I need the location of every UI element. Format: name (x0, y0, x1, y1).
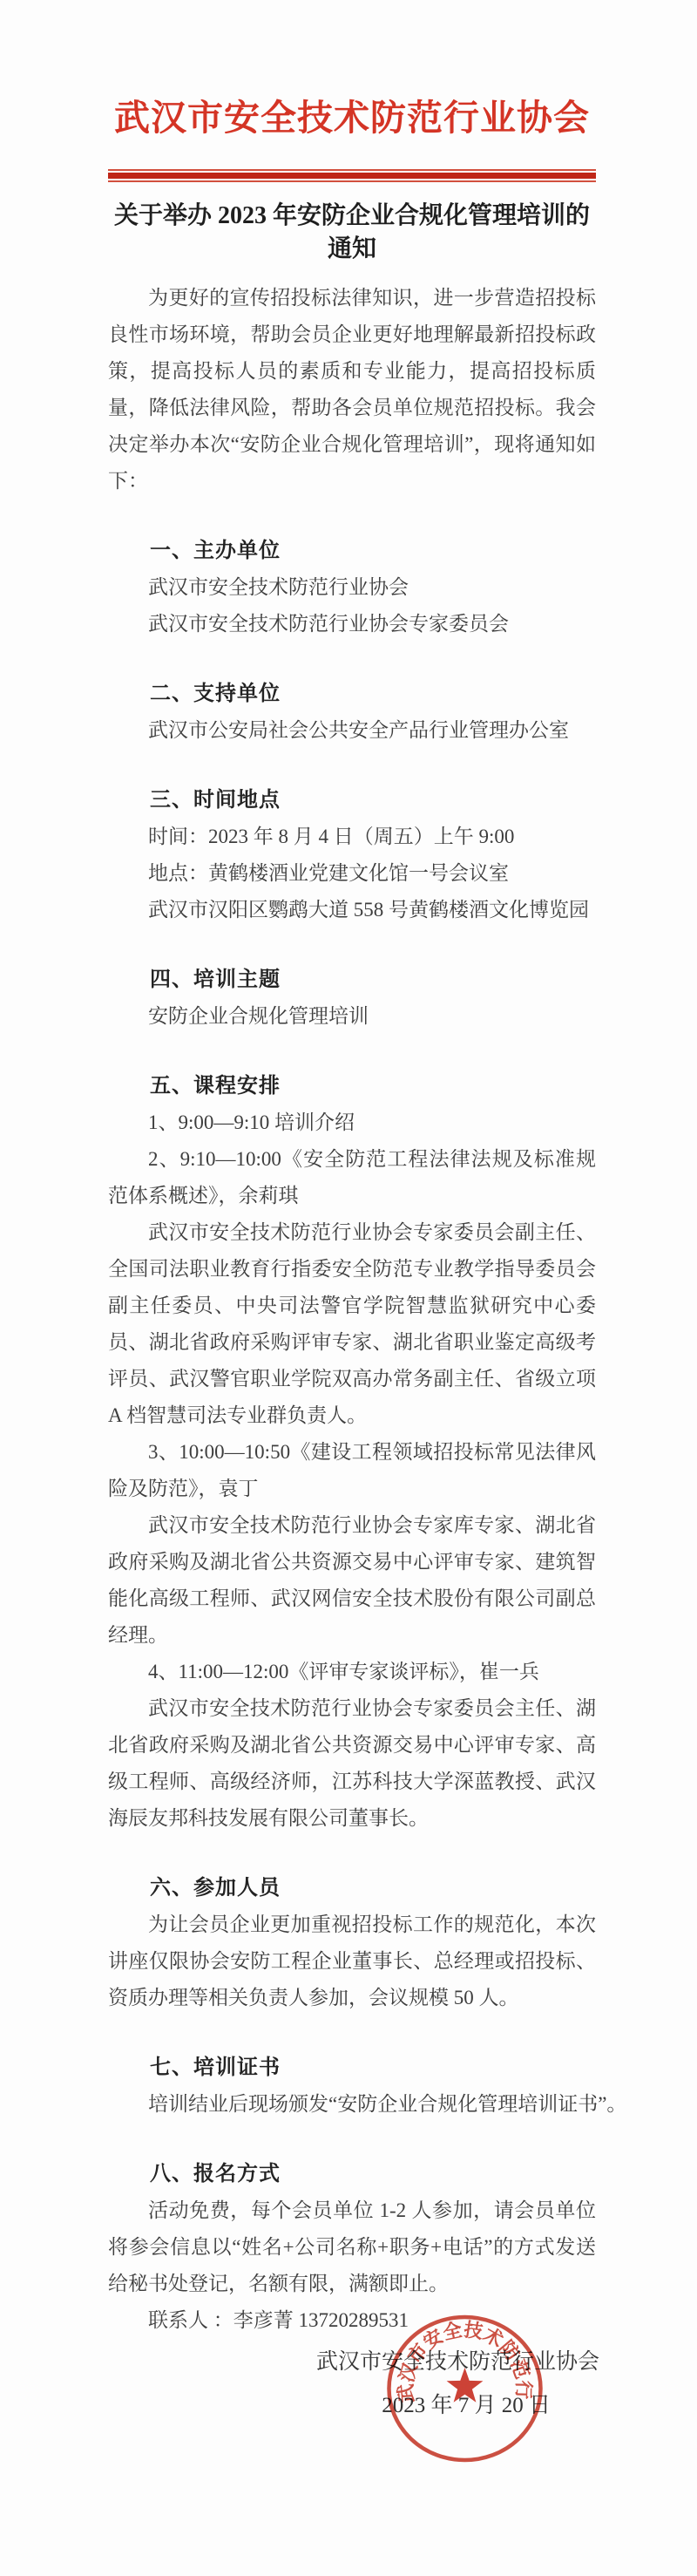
letterhead-divider (108, 169, 596, 182)
section-heading: 四、培训主题 (108, 962, 596, 998)
event-address: 武汉市汉阳区鹦鹉大道 558 号黄鹤楼酒文化博览园 (108, 892, 596, 928)
section-participants: 六、参加人员 为让会员企业更加重视招投标工作的规范化，本次讲座仅限协会安防工程企… (108, 1870, 596, 2016)
event-time: 时间：2023 年 8 月 4 日（周五）上午 9:00 (108, 819, 596, 855)
section-heading: 三、时间地点 (108, 782, 596, 819)
document-title: 关于举办 2023 年安防企业合规化管理培训的通知 (108, 200, 596, 266)
section-paragraph: 武汉市安全技术防范行业协会专家委员会 (108, 606, 596, 642)
section-host-units: 一、主办单位 武汉市安全技术防范行业协会 武汉市安全技术防范行业协会专家委员会 (108, 533, 596, 642)
section-paragraph: 为让会员企业更加重视招投标工作的规范化，本次讲座仅限协会安防工程企业董事长、总经… (108, 1907, 596, 2016)
section-paragraph: 武汉市公安局社会公共安全产品行业管理办公室 (108, 712, 596, 749)
section-time-place: 三、时间地点 时间：2023 年 8 月 4 日（周五）上午 9:00 地点：黄… (108, 782, 596, 928)
section-heading: 五、课程安排 (108, 1068, 596, 1104)
divider-thin-line-bottom (108, 180, 596, 182)
speaker-bio: 武汉市安全技术防范行业协会专家库专家、湖北省政府采购及湖北省公共资源交易中心评审… (108, 1507, 596, 1654)
schedule-item: 1、9:00—9:10 培训介绍 (108, 1104, 596, 1141)
divider-thin-line-top (108, 169, 596, 171)
section-support-units: 二、支持单位 武汉市公安局社会公共安全产品行业管理办公室 (108, 676, 596, 749)
notice-document-page: 武汉市安全技术防范行业协会 关于举办 2023 年安防企业合规化管理培训的通知 … (0, 0, 697, 2576)
speaker-bio: 武汉市安全技术防范行业协会专家委员会副主任、全国司法职业教育行指委安全防范专业教… (108, 1214, 596, 1434)
intro-paragraph: 为更好的宣传招投标法律知识，进一步营造招投标良性市场环境，帮助会员企业更好地理解… (108, 280, 596, 500)
section-training-theme: 四、培训主题 安防企业合规化管理培训 (108, 962, 596, 1035)
section-heading: 一、主办单位 (108, 533, 596, 569)
event-venue: 地点：黄鹤楼酒业党建文化馆一号会议室 (108, 855, 596, 892)
section-paragraph: 安防企业合规化管理培训 (108, 998, 596, 1035)
schedule-item: 4、11:00—12:00《评审专家谈评标》，崔一兵 (108, 1654, 596, 1690)
association-letterhead: 武汉市安全技术防范行业协会 (108, 0, 596, 145)
star-icon (447, 2368, 484, 2403)
section-heading: 七、培训证书 (108, 2049, 596, 2086)
section-paragraph: 培训结业后现场颁发“安防企业合规化管理培训证书”。 (108, 2086, 596, 2123)
schedule-item: 3、10:00—10:50《建设工程领域招投标常见法律风险及防范》，袁丁 (108, 1434, 596, 1507)
document-content: 武汉市安全技术防范行业协会 关于举办 2023 年安防企业合规化管理培训的通知 … (0, 0, 697, 2339)
section-heading: 八、报名方式 (108, 2156, 596, 2192)
section-certificate: 七、培训证书 培训结业后现场颁发“安防企业合规化管理培训证书”。 (108, 2049, 596, 2123)
official-seal: 武汉市安全技术防范行业协会 (385, 2314, 545, 2464)
section-registration: 八、报名方式 活动免费，每个会员单位 1-2 人参加，请会员单位将参会信息以“姓… (108, 2156, 596, 2339)
section-paragraph: 武汉市安全技术防范行业协会 (108, 569, 596, 606)
speaker-bio: 武汉市安全技术防范行业协会专家委员会主任、湖北省政府采购及湖北省公共资源交易中心… (108, 1690, 596, 1837)
section-course-schedule: 五、课程安排 1、9:00—9:10 培训介绍 2、9:10—10:00《安全防… (108, 1068, 596, 1837)
section-paragraph: 活动免费，每个会员单位 1-2 人参加，请会员单位将参会信息以“姓名+公司名称+… (108, 2192, 596, 2302)
divider-thick-line (108, 173, 596, 179)
section-heading: 二、支持单位 (108, 676, 596, 712)
section-heading: 六、参加人员 (108, 1870, 596, 1907)
schedule-item: 2、9:10—10:00《安全防范工程法律法规及标准规范体系概述》，余莉琪 (108, 1141, 596, 1214)
